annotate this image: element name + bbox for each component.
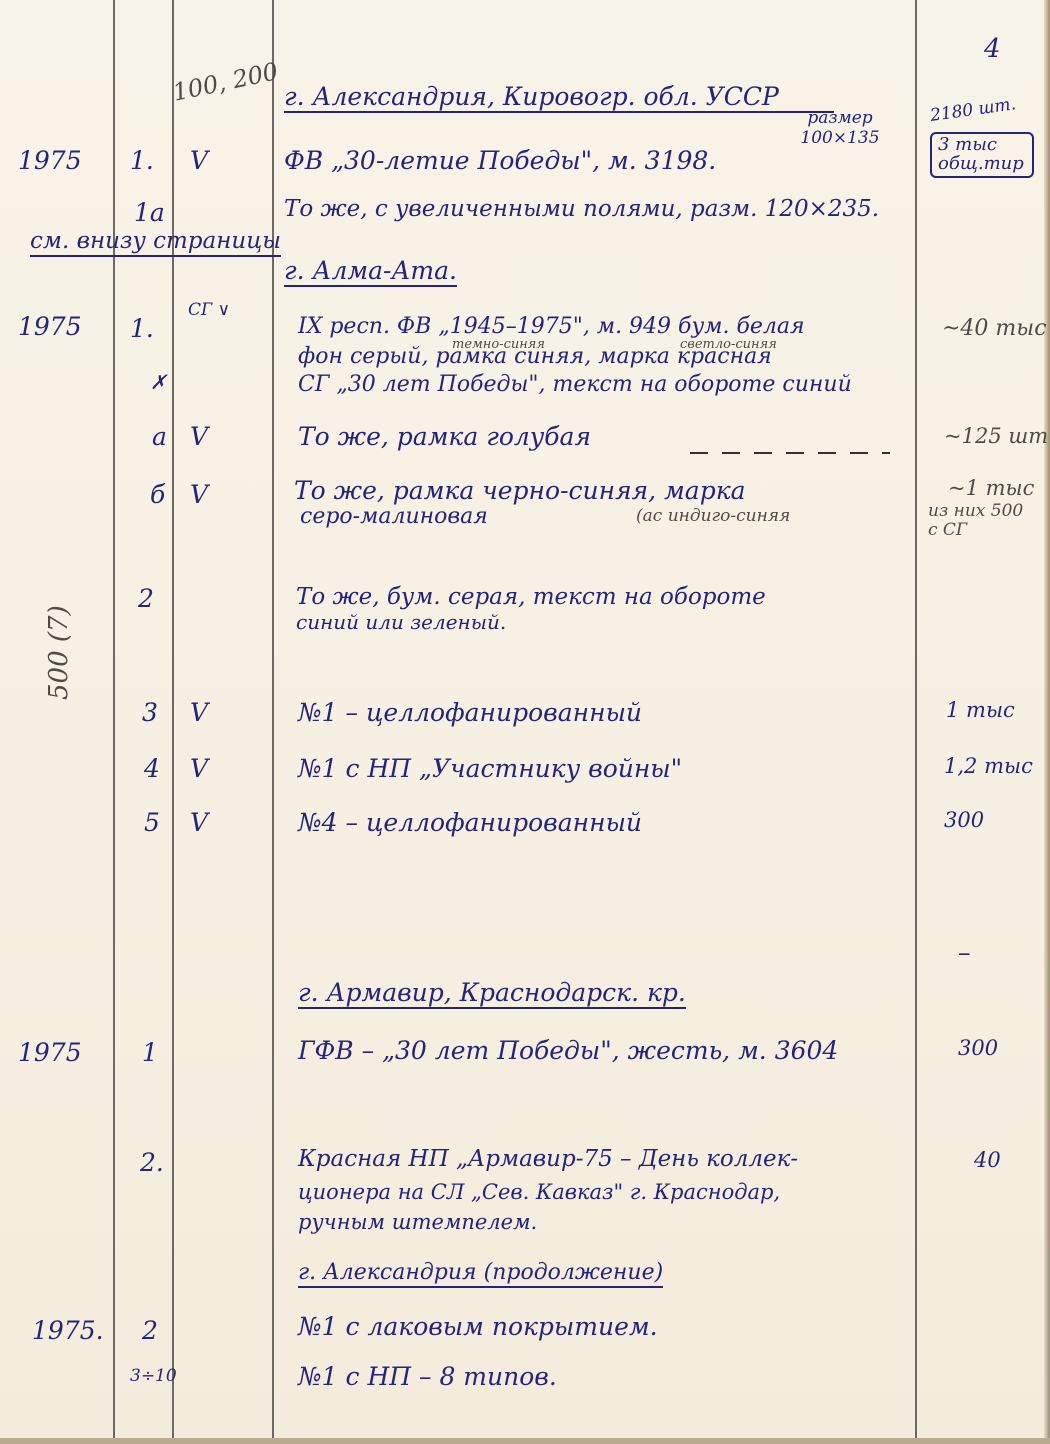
section-city-alexandria-cont: г. Александрия (продолжение) [298,1262,663,1288]
pencil-note-top: 100, 200 [171,59,281,105]
check-mark: V [190,810,208,835]
quantity: ~40 тыс [942,318,1047,340]
check-mark: V [190,700,208,725]
check-mark: V [190,756,208,781]
entry-text: IX респ. ФВ „1945–1975", м. 949 бум. бел… [298,316,805,338]
entry-text: То же, бум. серая, текст на обороте [296,586,766,609]
entry-number: 4 [144,756,160,781]
entry-text: Красная НП „Армавир-75 – День коллек- [298,1148,798,1171]
total-boxed: 3 тыс общ.тир [930,132,1034,178]
entry-number: б [150,482,165,507]
total-note: 2180 шт. [929,96,1017,125]
entry-number: 1а [134,200,165,225]
page-number: 4 [984,36,1001,62]
entry-text: То же, рамка черно-синяя, марка [294,478,746,503]
entry-text: ручным штемпелем. [298,1212,537,1233]
quantity-note: из них 500 с СГ [928,502,1038,539]
entry-number: 1. [130,148,154,173]
footnote-link: см. внизу страницы [30,230,281,257]
quantity: 300 [944,810,984,831]
entry-number: 1 [142,1040,158,1065]
entry-number: 2 [142,1318,158,1343]
check-mark: V [190,482,208,507]
column-rule [272,0,274,1444]
quantity: 40 [974,1150,1001,1171]
entry-text: СГ „30 лет Победы", текст на обороте син… [298,374,852,396]
pencil-margin-note: 500 (7) [46,605,72,700]
quantity: 1 тыс [946,700,1015,721]
page-edge [0,1438,1050,1444]
section-city-armavir: г. Армавир, Краснодарск. кр. [298,980,686,1009]
entry-text: То же, с увеличенными полями, разм. 120×… [284,198,879,221]
entry-text: ФВ „30-летие Победы", м. 3198. [284,148,716,173]
section-city-alexandria: г. Александрия, Кировогр. обл. УССР [284,84,834,113]
entry-year: 1975 [18,314,82,339]
entry-text: №1 с НП – 8 типов. [298,1364,557,1389]
quantity: ~1 тыс [948,478,1034,499]
entry-year: 1975 [18,1040,82,1065]
section-city-alma-ata: г. Алма-Ата. [284,258,457,287]
entry-number: а [152,424,167,449]
entry-text: №1 с НП „Участнику войны" [298,756,682,781]
column-rule [172,0,174,1444]
entry-text: То же, рамка голубая [298,424,591,449]
entry-text: синий или зеленый. [296,612,506,632]
header-quantity: – [958,940,971,965]
pencil-insert: (ас индиго-синяя [636,508,790,525]
entry-text: фон серый, рамка синяя, марка красная [298,346,772,368]
entry-number: 5 [144,810,160,835]
entry-text: №4 – целлофанированный [298,810,642,835]
entry-number: 2 [138,586,154,611]
entry-number: 3 [142,700,158,725]
notebook-page: 4 100, 200 г. Александрия, Кировогр. обл… [0,0,1050,1444]
entry-text: №1 – целлофанированный [298,700,642,725]
crossed-mark: ✗ [150,372,167,392]
page-edge [1044,0,1050,1444]
entry-text: ГФВ – „30 лет Победы", жесть, м. 3604 [298,1038,838,1063]
dashed-line [690,452,890,454]
check-mark: V [190,424,208,449]
entry-text: №1 с лаковым покрытием. [298,1314,658,1339]
entry-year: 1975. [32,1318,104,1343]
quantity: 300 [958,1038,998,1059]
column-rule [915,0,917,1444]
quantity: ~125 шт [944,426,1048,447]
size-note: размер 100×135 [770,108,910,149]
check-mark: СГ ∨ [188,302,230,319]
quantity: 1,2 тыс [944,756,1033,777]
entry-number: 3÷10 [130,1368,177,1385]
entry-number: 2. [140,1150,164,1175]
entry-year: 1975 [18,148,82,173]
entry-text: серо-малиновая [300,506,488,528]
column-rule [113,0,115,1444]
entry-text: ционера на СЛ „Сев. Кавказ" г. Краснодар… [298,1182,780,1203]
check-mark: V [190,148,208,173]
entry-number: 1. [130,316,154,341]
